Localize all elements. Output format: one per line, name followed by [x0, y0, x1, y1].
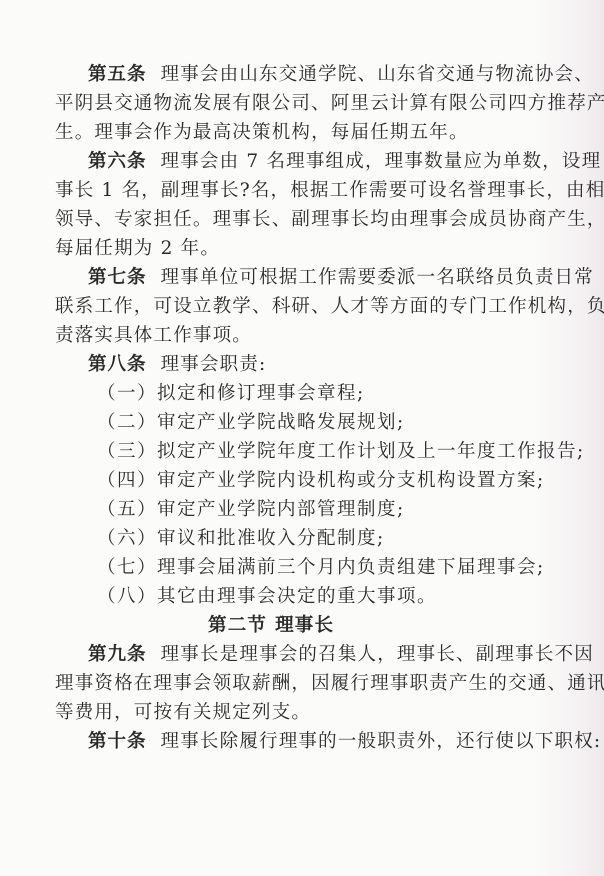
section-title: 理事长: [275, 615, 334, 636]
article-5-heading-line: 第五条理事会由山东交通学院、山东省交通与物流协会、: [55, 60, 555, 89]
article-5-line: 生。理事会作为最高决策机构，每届任期五年。: [55, 118, 555, 147]
duty-list-item: （三）拟定产业学院年度工作计划及上一年度工作报告;: [55, 437, 555, 466]
article-10-heading-line: 第十条理事长除履行理事的一般职责外，还行使以下职权:: [55, 727, 555, 756]
article-9-heading-line: 第九条理事长是理事会的召集人，理事长、副理事长不因: [55, 640, 555, 669]
article-number: 第十条: [88, 731, 147, 752]
article-9-line: 理事资格在理事会领取薪酬，因履行理事职责产生的交通、通讯: [55, 669, 555, 698]
article-6-line: 事长 1 名，副理事长?名，根据工作需要可设名誉理事长，由相关: [55, 176, 555, 205]
article-number: 第六条: [88, 151, 147, 172]
article-7-line: 联系工作，可设立教学、科研、人才等方面的专门工作机构，负: [55, 292, 555, 321]
duty-list-item: （八）其它由理事会决定的重大事项。: [55, 582, 555, 611]
article-6-line: 领导、专家担任。理事长、副理事长均由理事会成员协商产生，: [55, 205, 555, 234]
duty-list-item: （六）审议和批准收入分配制度;: [55, 524, 555, 553]
article-text: 理事会由山东交通学院、山东省交通与物流协会、: [161, 64, 594, 85]
article-number: 第七条: [88, 267, 147, 288]
duty-list-item: （七）理事会届满前三个月内负责组建下届理事会;: [55, 553, 555, 582]
article-number: 第九条: [88, 644, 147, 665]
duty-list-item: （二）审定产业学院战略发展规划;: [55, 408, 555, 437]
duty-list-item: （四）审定产业学院内设机构或分支机构设置方案;: [55, 466, 555, 495]
article-6-line: 每届任期为 2 年。: [55, 234, 555, 263]
article-number: 第五条: [88, 64, 147, 85]
article-6-heading-line: 第六条理事会由 7 名理事组成，理事数量应为单数，设理: [55, 147, 555, 176]
section-number: 第二节: [208, 615, 267, 636]
article-5-line: 平阴县交通物流发展有限公司、阿里云计算有限公司四方推荐产: [55, 89, 555, 118]
document-body: 第五条理事会由山东交通学院、山东省交通与物流协会、 平阴县交通物流发展有限公司、…: [55, 60, 555, 756]
article-7-heading-line: 第七条理事单位可根据工作需要委派一名联络员负责日常: [55, 263, 555, 292]
article-number: 第八条: [88, 354, 147, 375]
article-text: 理事单位可根据工作需要委派一名联络员负责日常: [161, 267, 594, 288]
article-9-line: 等费用，可按有关规定列支。: [55, 698, 555, 727]
article-7-line: 责落实具体工作事项。: [55, 321, 555, 350]
duty-list-item: （一）拟定和修订理事会章程;: [55, 379, 555, 408]
article-text: 理事长是理事会的召集人，理事长、副理事长不因: [161, 644, 594, 665]
article-text: 理事长除履行理事的一般职责外，还行使以下职权:: [161, 731, 602, 752]
section-heading: 第二节理事长: [55, 611, 555, 640]
article-text: 理事会职责:: [161, 354, 267, 375]
duty-list-item: （五）审定产业学院内部管理制度;: [55, 495, 555, 524]
article-8-heading-line: 第八条理事会职责:: [55, 350, 555, 379]
article-text: 理事会由 7 名理事组成，理事数量应为单数，设理: [161, 151, 602, 172]
